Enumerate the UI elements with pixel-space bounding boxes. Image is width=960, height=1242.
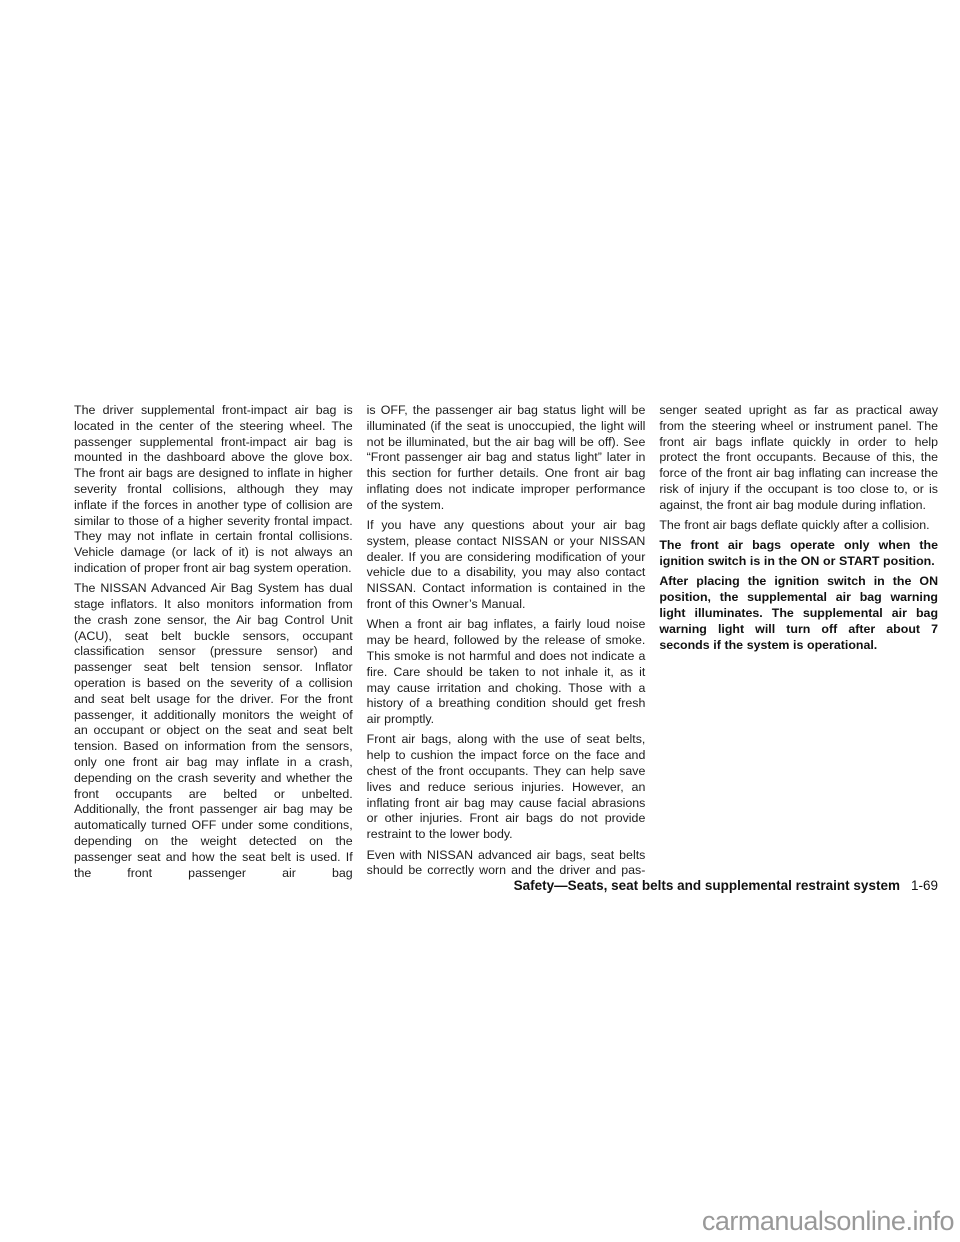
footer-page-number: 1-69: [911, 878, 938, 893]
paragraph: If you have any questions about your air…: [367, 518, 646, 613]
manual-page: The driver supplemental front-impact air…: [0, 0, 960, 1242]
paragraph: When a front air bag inflates, a fairly …: [367, 617, 646, 728]
page-body: The driver supplemental front-impact air…: [74, 403, 938, 886]
page-footer: Safety—Seats, seat belts and supplementa…: [514, 878, 938, 893]
watermark-carmanualsonline: carmanualsonline.info: [702, 1206, 954, 1237]
text-column-1: The driver supplemental front-impact air…: [74, 403, 353, 886]
paragraph: is OFF, the passenger air bag status lig…: [367, 403, 646, 514]
text-column-3: senger seated upright as far as practica…: [659, 403, 938, 886]
paragraph: The driver supplemental front-impact air…: [74, 403, 353, 577]
paragraph-bold-warning: After placing the ignition switch in the…: [659, 574, 938, 653]
text-column-2: is OFF, the passenger air bag status lig…: [367, 403, 646, 886]
paragraph: The NISSAN Advanced Air Bag System has d…: [74, 581, 353, 881]
paragraph: Even with NISSAN advanced air bags, seat…: [367, 848, 646, 880]
paragraph-bold-warning: The front air bags operate only when the…: [659, 538, 938, 570]
footer-section-title: Safety—Seats, seat belts and supplementa…: [514, 878, 900, 893]
paragraph: Front air bags, along with the use of se…: [367, 732, 646, 843]
paragraph: senger seated upright as far as practica…: [659, 403, 938, 514]
paragraph: The front air bags deflate quickly after…: [659, 518, 938, 534]
